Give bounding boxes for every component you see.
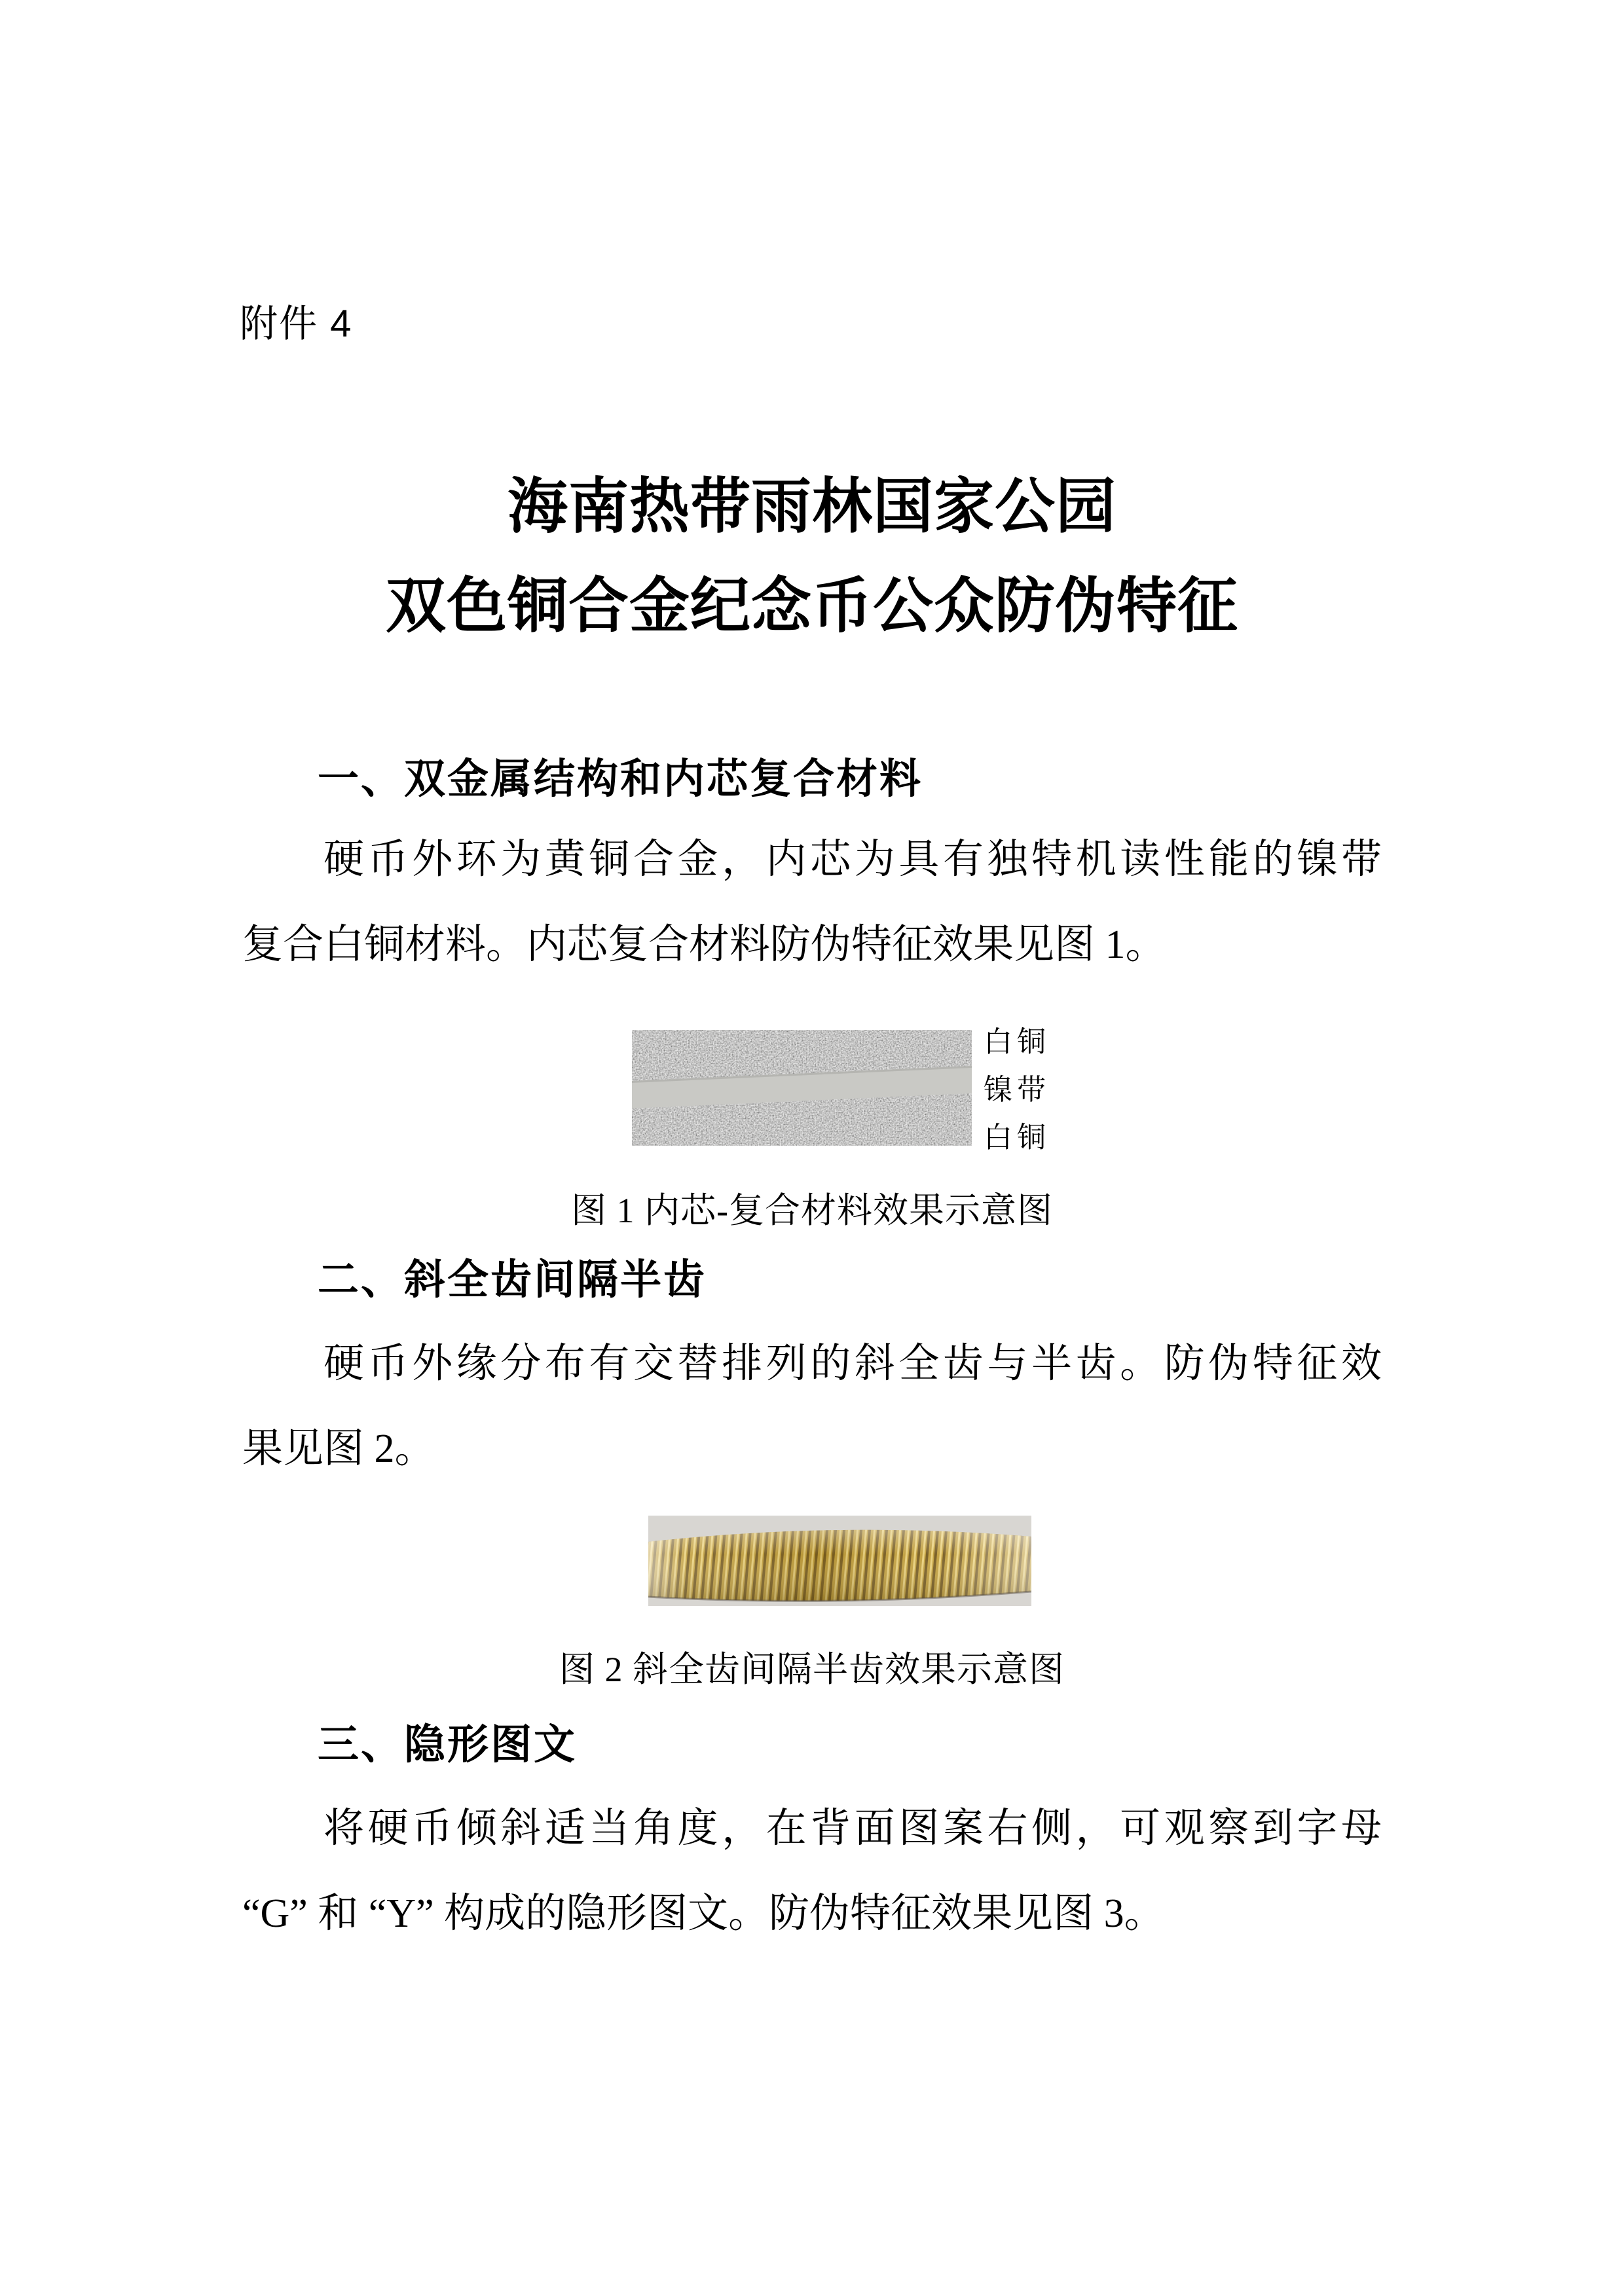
figure1-label-top: 白铜 — [984, 1028, 1056, 1057]
section1-body-line1: 硬币外环为黄铜合金，内芯为具有独特机读性能的镍带 — [242, 837, 1382, 883]
figure1-label-column: 白铜 镍带 白铜 — [984, 1028, 1056, 1152]
figure1-label-middle: 镍带 — [984, 1076, 1056, 1104]
section2-heading: 二、斜全齿间隔半齿 — [318, 1258, 707, 1302]
document-title-line2: 双色铜合金纪念币公众防伪特征 — [0, 576, 1624, 636]
attachment-label: 附件 4 — [240, 302, 352, 346]
section1-body-line2: 复合白铜材料。内芯复合材料防伪特征效果见图 1。 — [242, 922, 1382, 968]
figure2-caption: 图 2 斜全齿间隔半齿效果示意图 — [0, 1650, 1624, 1689]
section3-body-line2: “G” 和 “Y” 构成的隐形图文。防伪特征效果见图 3。 — [242, 1891, 1382, 1937]
section2-body-line2: 果见图 2。 — [242, 1427, 1382, 1472]
figure1-image — [632, 1030, 972, 1146]
document-page: 附件 4 海南热带雨林国家公园 双色铜合金纪念币公众防伪特征 一、双金属结构和内… — [0, 0, 1624, 2296]
document-title-line1: 海南热带雨林国家公园 — [0, 477, 1624, 537]
figure1-label-bottom: 白铜 — [984, 1123, 1056, 1152]
section3-body-line1: 将硬币倾斜适当角度，在背面图案右侧，可观察到字母 — [242, 1806, 1382, 1851]
section1-heading: 一、双金属结构和内芯复合材料 — [318, 757, 923, 801]
figure1-caption: 图 1 内芯-复合材料效果示意图 — [0, 1192, 1624, 1230]
section2-body-line1: 硬币外缘分布有交替排列的斜全齿与半齿。防伪特征效 — [242, 1341, 1382, 1387]
figure2-image — [648, 1516, 1031, 1606]
section3-heading: 三、隐形图文 — [318, 1722, 577, 1767]
